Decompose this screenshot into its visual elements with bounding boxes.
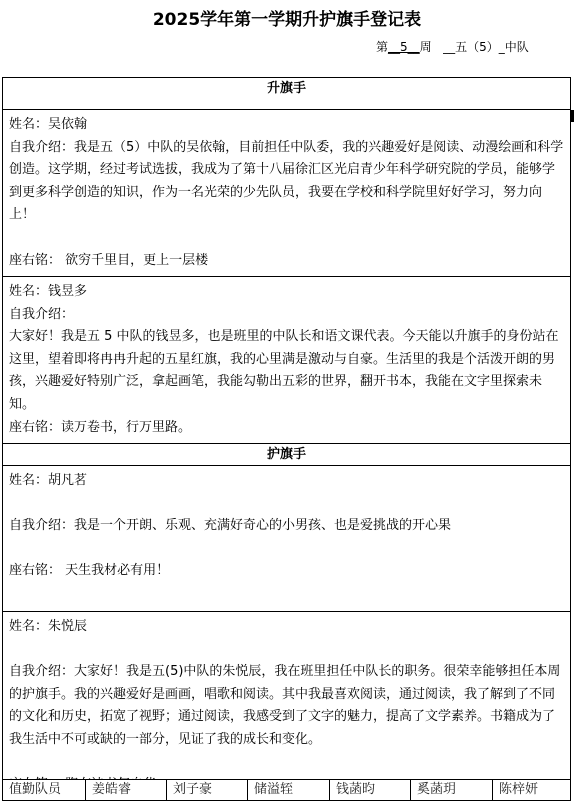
duty-row: 值勤队员 姜皓睿 刘子豪 储溢轾 钱菡昀 奚菡玥 陈梓妍 [3,780,570,800]
intro-label: 自我介绍： [9,304,564,327]
flag-raiser-entry-1: 姓名：吴依翰 自我介绍：我是五（5）中队的吴依翰，目前担任中队委，我的兴趣爱好是… [3,110,570,277]
motto-field: 座右铭： 欲穷千里目，更上一层楼 [9,250,564,273]
week-prefix: 第 [376,40,388,54]
duty-member: 钱菡昀 [330,780,411,800]
intro-field: 自我介绍：大家好！我是五(5)中队的朱悦辰，我在班里担任中队长的职务。很荣幸能够… [9,661,564,751]
duty-member: 陈梓妍 [493,780,570,800]
name-field: 姓名：吴依翰 [9,114,564,137]
week-value: __5__ [388,40,420,54]
document-title: 2025学年第一学期升护旗手登记表 [0,5,574,30]
week-suffix: 周 [420,40,432,54]
squad-suffix: 中队 [505,40,529,54]
motto-field: 座右铭：读万卷书，行万里路。 [9,417,564,440]
intro-field: 自我介绍：我是一个开朗、乐观、充满好奇心的小男孩、也是爱挑战的开心果 [9,515,564,538]
intro-field: 自我介绍：我是五（5）中队的吴依翰，目前担任中队委，我的兴趣爱好是阅读、动漫绘画… [9,137,564,227]
duty-member: 姜皓睿 [86,780,167,800]
name-field: 姓名：钱昱多 [9,281,564,304]
name-field: 姓名：胡凡茗 [9,470,564,493]
squad-value: __五（5）_ [443,40,505,54]
flag-guard-entry-1: 姓名：胡凡茗 自我介绍：我是一个开朗、乐观、充满好奇心的小男孩、也是爱挑战的开心… [3,466,570,612]
flag-raiser-entry-2: 姓名：钱昱多 自我介绍： 大家好！我是五 5 中队的钱昱多，也是班里的中队长和语… [3,277,570,444]
intro-field: 大家好！我是五 5 中队的钱昱多，也是班里的中队长和语文课代表。今天能以升旗手的… [9,326,564,416]
registration-table: 升旗手 姓名：吴依翰 自我介绍：我是五（5）中队的吴依翰，目前担任中队委，我的兴… [2,77,571,801]
week-squad-line: 第__5__周 __五（5）_中队 [376,38,529,55]
name-field: 姓名：朱悦辰 [9,616,564,639]
flag-guard-entry-2: 姓名：朱悦辰 自我介绍：大家好！我是五(5)中队的朱悦辰，我在班里担任中队长的职… [3,612,570,780]
flag-guard-header: 护旗手 [3,444,570,466]
duty-member: 奚菡玥 [411,780,493,800]
duty-label: 值勤队员 [3,780,86,800]
motto-field: 座右铭： 天生我材必有用！ [9,560,564,583]
flag-raiser-header: 升旗手 [3,78,570,110]
duty-member: 刘子豪 [167,780,248,800]
duty-member: 储溢轾 [248,780,330,800]
